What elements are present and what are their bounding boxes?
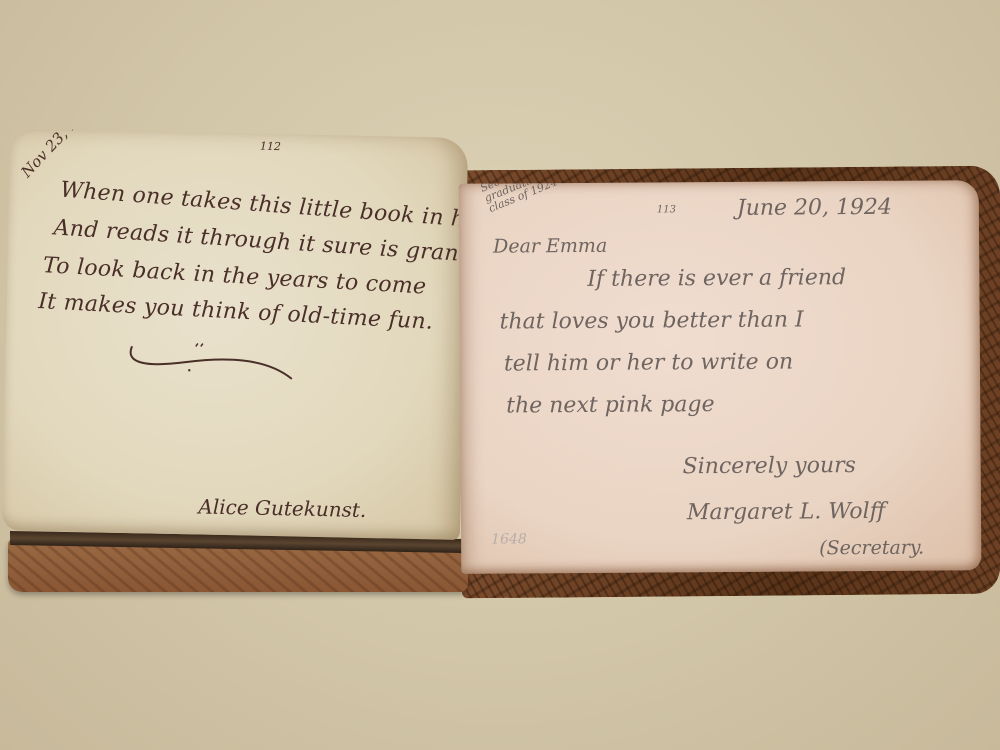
signature-title: (Secretary.: [819, 537, 924, 560]
message-line-1: If there is ever a friend: [587, 265, 846, 292]
left-page: Nov 23, 1924. 112 When one takes this li…: [2, 128, 468, 540]
right-page: Secretary graduating class of 1924 113 J…: [459, 180, 982, 574]
message-line-4: the next pink page: [506, 392, 715, 418]
closing: Sincerely yours: [683, 453, 856, 479]
right-page-signature: Margaret L. Wolff: [687, 499, 885, 525]
right-page-date: June 20, 1924: [737, 195, 892, 221]
left-page-date: Nov 23, 1924.: [17, 128, 103, 180]
faint-catalog-mark: 1648: [491, 531, 527, 547]
left-page-signature: Alice Gutekunst.: [198, 494, 366, 522]
greeting: Dear Emma: [493, 235, 607, 258]
flourish-icon: [125, 341, 296, 385]
right-page-number: 113: [657, 204, 676, 215]
corner-note: Secretary graduating class of 1924: [479, 180, 566, 214]
message-line-2: that loves you better than I: [500, 307, 804, 334]
photo-scene: Nov 23, 1924. 112 When one takes this li…: [0, 0, 1000, 750]
left-page-number: 112: [260, 140, 281, 153]
message-line-3: tell him or her to write on: [504, 349, 793, 376]
